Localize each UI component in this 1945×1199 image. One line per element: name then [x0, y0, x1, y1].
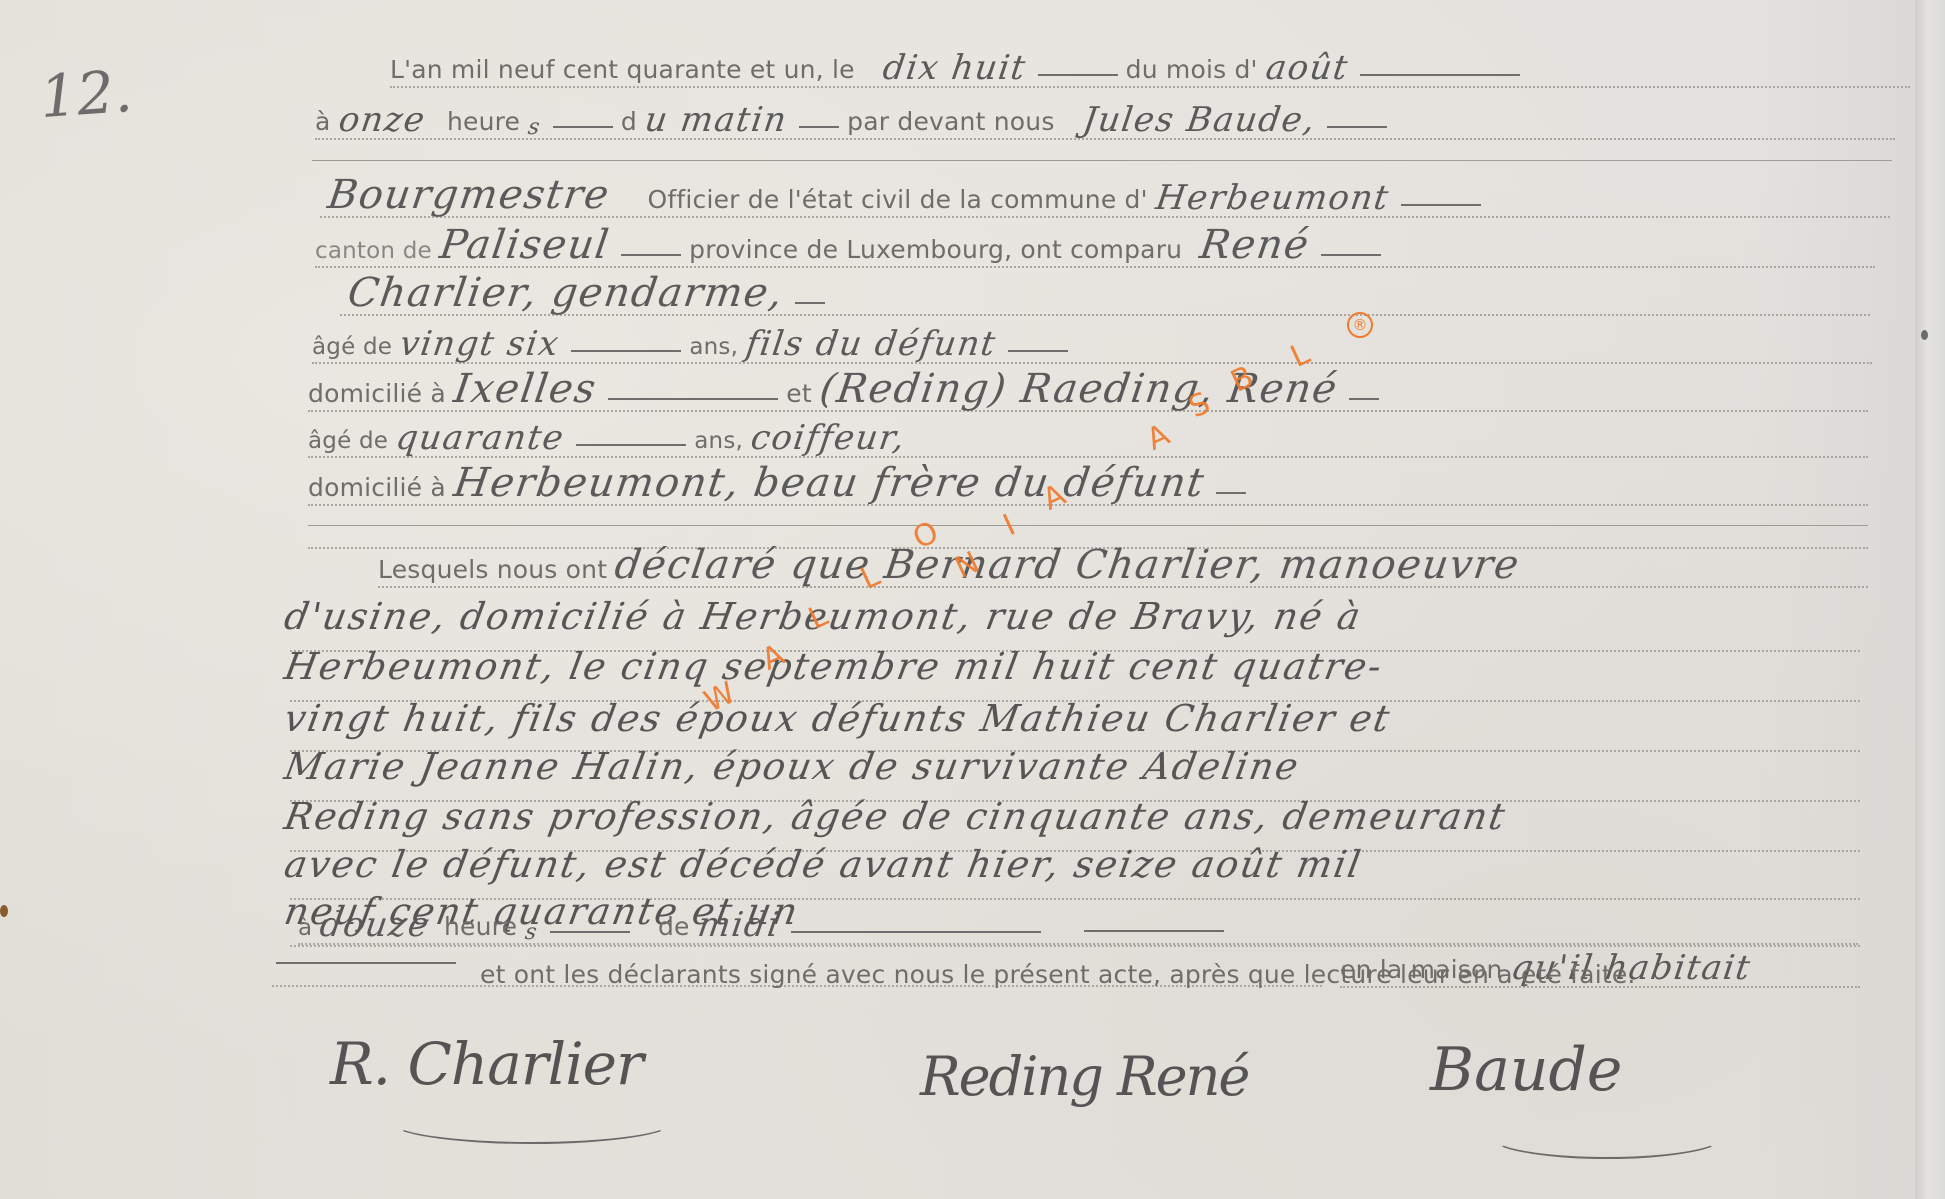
fill-dash [795, 302, 825, 304]
handwritten-officer-name: Jules Baude, [1072, 100, 1327, 142]
fill-dash [1327, 126, 1387, 128]
form-text: et ont les déclarants signé avec nous le… [480, 960, 1636, 995]
form-line-age1: âgé de vingt six ans, fils du défunt [312, 324, 1872, 366]
form-text: Lesquels nous ont [378, 555, 607, 590]
signature-text: Baude [1430, 1035, 1622, 1105]
signature-text: Reding René [920, 1045, 1248, 1108]
handwritten-body-line: Reding sans profession, âgée de cinquant… [281, 795, 1510, 838]
form-text: âgé de [308, 428, 388, 460]
signature-baude: Baude [1430, 1035, 1622, 1105]
closing-statement: et ont les déclarants signé avec nous le… [480, 960, 1636, 989]
paper-stain [0, 905, 8, 917]
signature-flourish [1490, 1115, 1724, 1159]
handwritten-declarant1-age: vingt six [389, 324, 570, 366]
fill-dash [1008, 350, 1068, 352]
handwritten-canton: Paliseul [428, 222, 620, 270]
handwritten-body-line: Herbeumont, le cinq septembre mil huit c… [281, 645, 1386, 688]
form-text: du mois d' [1126, 55, 1258, 90]
signature-flourish [390, 1100, 674, 1144]
fill-dash [553, 126, 613, 128]
handwritten-hour: onze [328, 100, 436, 142]
handwritten-relation: fils du défunt [735, 324, 1007, 366]
form-text: et [786, 379, 812, 414]
signature-reding-rene: Reding René [920, 1045, 1248, 1108]
handwritten-commune: Herbeumont [1145, 178, 1400, 220]
handwritten-hour-suffix: s [518, 115, 551, 142]
signature-r-charlier: R. Charlier [330, 1030, 643, 1098]
separator-rule [312, 160, 1892, 161]
handwritten-declarant2-domicile: Herbeumont, beau frère du défunt [443, 460, 1216, 508]
fill-dash [621, 254, 681, 256]
handwritten-officer-title: Bourgmestre [317, 172, 621, 220]
fill-dash [571, 350, 681, 352]
handwritten-month: août [1255, 48, 1359, 90]
form-line-death-time: à douze heure s de midi [298, 905, 1858, 947]
form-text: par devant nous [847, 107, 1054, 142]
binding-hole [1921, 330, 1928, 340]
form-line-time: à onze heure s d u matin par devant nous… [315, 100, 1895, 142]
handwritten-declarant2-age: quarante [385, 418, 575, 460]
form-text: domicilié à [308, 379, 446, 414]
separator-rule [308, 525, 1868, 526]
handwritten-declaration-start: déclaré que Bernard Charlier, manoeuvre [604, 542, 1531, 590]
form-line-declaration: Lesquels nous ont déclaré que Bernard Ch… [378, 548, 1868, 590]
watermark-registered-icon: ® [1347, 312, 1373, 338]
handwritten-death-hour: douze [309, 905, 441, 947]
form-text: âgé de [312, 334, 392, 366]
handwritten-day: dix huit [872, 48, 1037, 90]
fill-dash [550, 931, 630, 933]
handwritten-death-period: midi [687, 905, 791, 947]
fill-dash [608, 398, 778, 400]
form-text: domicilié à [308, 473, 446, 508]
form-text: heure [444, 912, 517, 947]
fill-dash [1216, 492, 1246, 494]
fill-dash [1084, 930, 1224, 932]
fill-dash [799, 126, 839, 128]
fill-dash [1038, 74, 1118, 76]
form-line-age2: âgé de quarante ans, coiffeur, [308, 418, 1868, 460]
signature-text: R. Charlier [330, 1030, 643, 1098]
handwritten-period: u matin [634, 100, 798, 142]
handwritten-body-line: vingt huit, fils des époux défunts Mathi… [281, 697, 1394, 740]
form-line-domicile2: domicilié à Herbeumont, beau frère du dé… [308, 466, 1868, 508]
fill-dash [276, 962, 456, 964]
form-text: ans, [689, 334, 738, 366]
fill-dash [1321, 254, 1381, 256]
page-edge [1915, 0, 1945, 1199]
handwritten-declarant1-first: René [1189, 222, 1321, 270]
form-text: province de Luxembourg, ont comparu [689, 235, 1182, 270]
handwritten-death-hour-suffix: s [515, 920, 548, 947]
act-number: 12. [38, 57, 135, 131]
fill-dash [576, 444, 686, 446]
handwritten-declarant2-name: (Reding) Raeding, René [808, 366, 1348, 414]
fill-dash [1401, 204, 1481, 206]
form-text: Officier de l'état civil de la commune d… [647, 185, 1147, 220]
form-line-date: L'an mil neuf cent quarante et un, le di… [390, 48, 1910, 90]
form-text: ans, [694, 428, 743, 460]
handwritten-body-line: Marie Jeanne Halin, époux de survivante … [281, 745, 1303, 788]
form-text: canton de [315, 238, 432, 270]
handwritten-declarant1: Charlier, gendarme, [337, 270, 795, 318]
fill-dash [1349, 398, 1379, 400]
handwritten-declarant1-domicile: Ixelles [443, 366, 608, 414]
handwritten-body-line: avec le défunt, est décédé avant hier, s… [281, 843, 1365, 886]
form-line-officer: Bourgmestre Officier de l'état civil de … [320, 178, 1890, 220]
form-text: de [658, 912, 690, 947]
form-line-domicile1: domicilié à Ixelles et (Reding) Raeding,… [308, 372, 1868, 414]
fill-dash [1360, 74, 1520, 76]
handwritten-profession: coiffeur, [740, 418, 916, 460]
form-line-canton: canton de Paliseul province de Luxembour… [315, 228, 1875, 270]
fill-dash [791, 931, 1041, 933]
form-text: heure [447, 107, 520, 142]
form-text: L'an mil neuf cent quarante et un, le [390, 55, 855, 90]
form-line-declarant1: Charlier, gendarme, [340, 276, 1870, 318]
